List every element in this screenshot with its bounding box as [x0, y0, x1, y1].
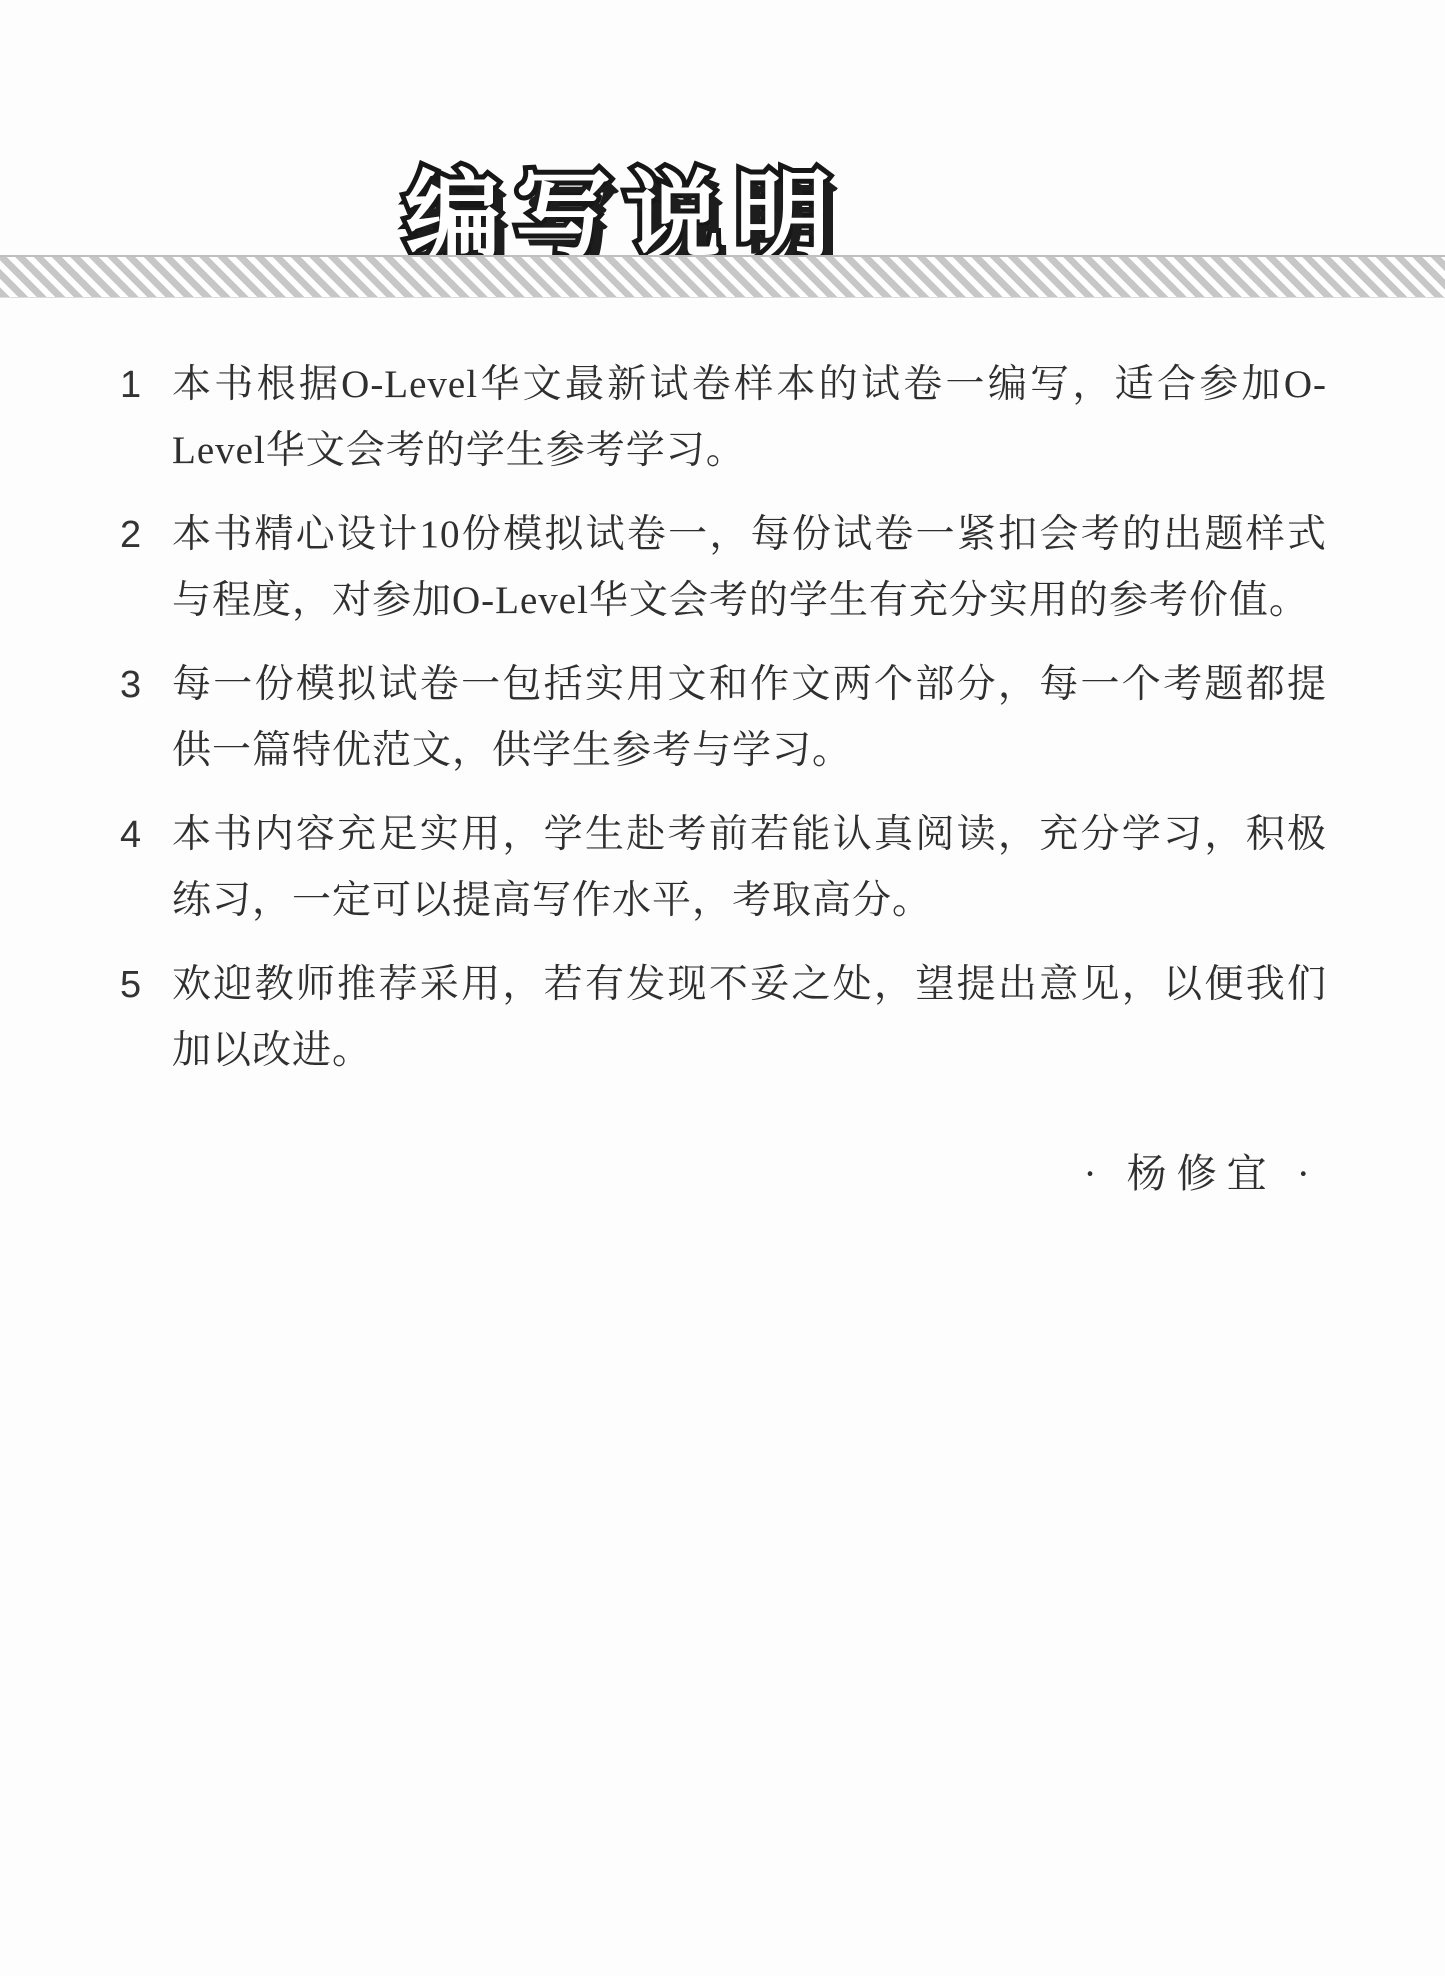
instruction-text: 欢迎教师推荐采用，若有发现不妥之处，望提出意见，以便我们加以改进。 [172, 952, 1327, 1084]
instruction-text: 本书精心设计10份模拟试卷一，每份试卷一紧扣会考的出题样式与程度，对参加O-Le… [172, 502, 1327, 634]
instruction-item: 4 本书内容充足实用，学生赴考前若能认真阅读，充分学习，积极练习，一定可以提高写… [120, 802, 1327, 934]
instruction-text: 每一份模拟试卷一包括实用文和作文两个部分，每一个考题都提供一篇特优范文，供学生参… [172, 652, 1327, 784]
instruction-number: 5 [120, 952, 172, 1018]
book-page: 编写说明 1 本书根据O-Level华文最新试卷样本的试卷一编写，适合参加O-L… [0, 0, 1445, 1976]
instruction-text: 本书根据O-Level华文最新试卷样本的试卷一编写，适合参加O-Level华文会… [172, 352, 1327, 484]
instructions-list: 1 本书根据O-Level华文最新试卷样本的试卷一编写，适合参加O-Level华… [120, 352, 1327, 1102]
instruction-number: 1 [120, 352, 172, 418]
instruction-item: 1 本书根据O-Level华文最新试卷样本的试卷一编写，适合参加O-Level华… [120, 352, 1327, 484]
diagonal-stripes-divider [0, 255, 1445, 298]
page-header: 编写说明 [0, 98, 1250, 337]
instruction-item: 3 每一份模拟试卷一包括实用文和作文两个部分，每一个考题都提供一篇特优范文，供学… [120, 652, 1327, 784]
instruction-number: 2 [120, 502, 172, 568]
author-signature: · 杨修宜 · [1083, 1150, 1320, 1198]
instruction-text: 本书内容充足实用，学生赴考前若能认真阅读，充分学习，积极练习，一定可以提高写作水… [172, 802, 1327, 934]
instruction-number: 3 [120, 652, 172, 718]
instruction-item: 2 本书精心设计10份模拟试卷一，每份试卷一紧扣会考的出题样式与程度，对参加O-… [120, 502, 1327, 634]
instruction-item: 5 欢迎教师推荐采用，若有发现不妥之处，望提出意见，以便我们加以改进。 [120, 952, 1327, 1084]
instruction-number: 4 [120, 802, 172, 868]
